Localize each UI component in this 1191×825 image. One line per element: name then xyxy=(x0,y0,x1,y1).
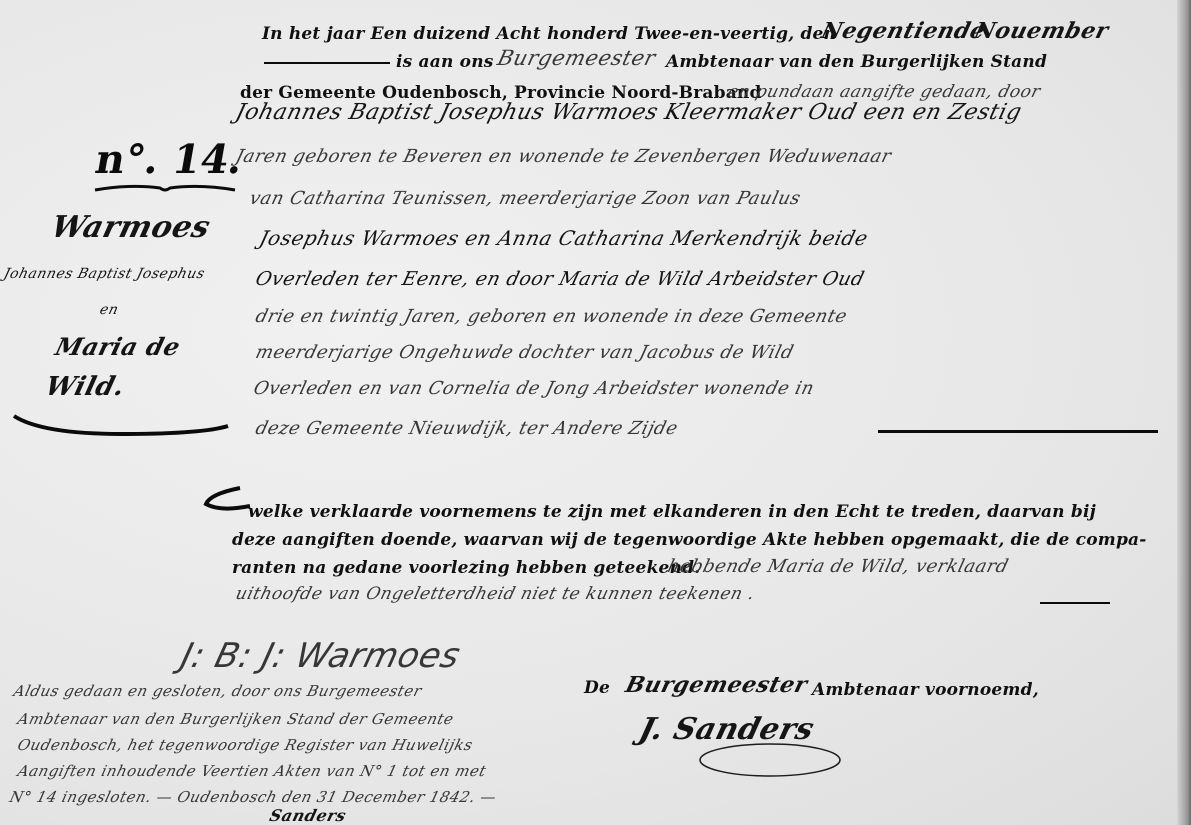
footer-line-1: Aldus gedaan en gesloten, door ons Burge… xyxy=(12,682,424,700)
scanned-document-page: In het jaar Een duizend Acht honderd Twe… xyxy=(0,0,1191,825)
brace-flourish-icon xyxy=(90,180,240,200)
handwritten-clause-1: hebbende Maria de Wild, verklaard xyxy=(665,556,1010,577)
signature-paraph-icon xyxy=(690,740,850,780)
declaration-line-1: welke verklaarde voornemens te zijn met … xyxy=(248,502,1096,522)
officer-title-handwritten: Burgemeester xyxy=(623,672,810,698)
handwritten-clause-2: uithoofde van Ongeletterdheid niet te ku… xyxy=(234,584,757,604)
line2-printed-a: is aan ons xyxy=(396,52,494,72)
line2-printed-b: Ambtenaar van den Burgerlijken Stand xyxy=(666,52,1047,72)
footer-line-4: Aangiften inhoudende Veertien Akten van … xyxy=(16,762,489,780)
officer-suffix: Ambtenaar voornoemd, xyxy=(812,680,1039,700)
body-line-5: Overleden ter Eenre, en door Maria de Wi… xyxy=(253,268,867,290)
body-line-9: deze Gemeente Nieuwdijk, ter Andere Zijd… xyxy=(253,418,680,439)
intro-printed-text: In het jaar Een duizend Acht honderd Twe… xyxy=(262,24,836,44)
margin-groom-name: Johannes Baptist Josephus xyxy=(2,266,207,282)
margin-conjunction: en xyxy=(98,302,120,318)
act-number: n°. 14. xyxy=(92,136,247,183)
margin-surname: Warmoes xyxy=(48,210,214,245)
declaration-line-2: deze aangiften doende, waarvan wij de te… xyxy=(232,530,1147,550)
footer-line-5: N° 14 ingesloten. — Oudenbosch den 31 De… xyxy=(8,788,499,806)
body-line-6: drie en twintig Jaren, geboren en wonend… xyxy=(253,306,849,327)
page-edge-shadow xyxy=(1177,0,1191,825)
body-line-3: van Catharina Teunissen, meerderjarige Z… xyxy=(247,188,803,209)
margin-bride-name-b: Wild. xyxy=(42,372,128,402)
margin-bride-name-a: Maria de xyxy=(52,332,183,361)
body-line-1: Johannes Baptist Josephus Warmoes Kleerm… xyxy=(233,100,1024,125)
clause-end-rule xyxy=(1040,602,1110,604)
body-line-2: Jaren geboren te Beveren en wonende te Z… xyxy=(233,146,893,167)
body-line-8: Overleden en van Cornelia de Jong Arbeid… xyxy=(251,378,816,399)
footer-signature: Sanders xyxy=(268,806,349,825)
margin-flourish-icon xyxy=(12,412,232,442)
end-rule xyxy=(878,430,1158,433)
body-line-7: meerderjarige Ongehuwde dochter van Jaco… xyxy=(253,342,796,363)
footer-line-2: Ambtenaar van den Burgerlijken Stand der… xyxy=(16,710,456,728)
blank-rule xyxy=(264,62,390,64)
officer-prefix: De xyxy=(584,678,610,698)
groom-signature: J: B: J: Warmoes xyxy=(177,636,464,676)
date-handwritten: Negentiende xyxy=(819,18,988,44)
month-handwritten: Nouember xyxy=(972,18,1112,44)
line3-handwritten: en pundaan aangifte gedaan, door xyxy=(726,82,1043,102)
body-line-4: Josephus Warmoes en Anna Catharina Merke… xyxy=(257,226,871,250)
declaration-line-3: ranten na gedane voorlezing hebben getee… xyxy=(232,558,700,578)
footer-line-3: Oudenbosch, het tegenwoordige Register v… xyxy=(16,736,475,754)
official-title-handwritten: Burgemeester xyxy=(495,46,658,70)
